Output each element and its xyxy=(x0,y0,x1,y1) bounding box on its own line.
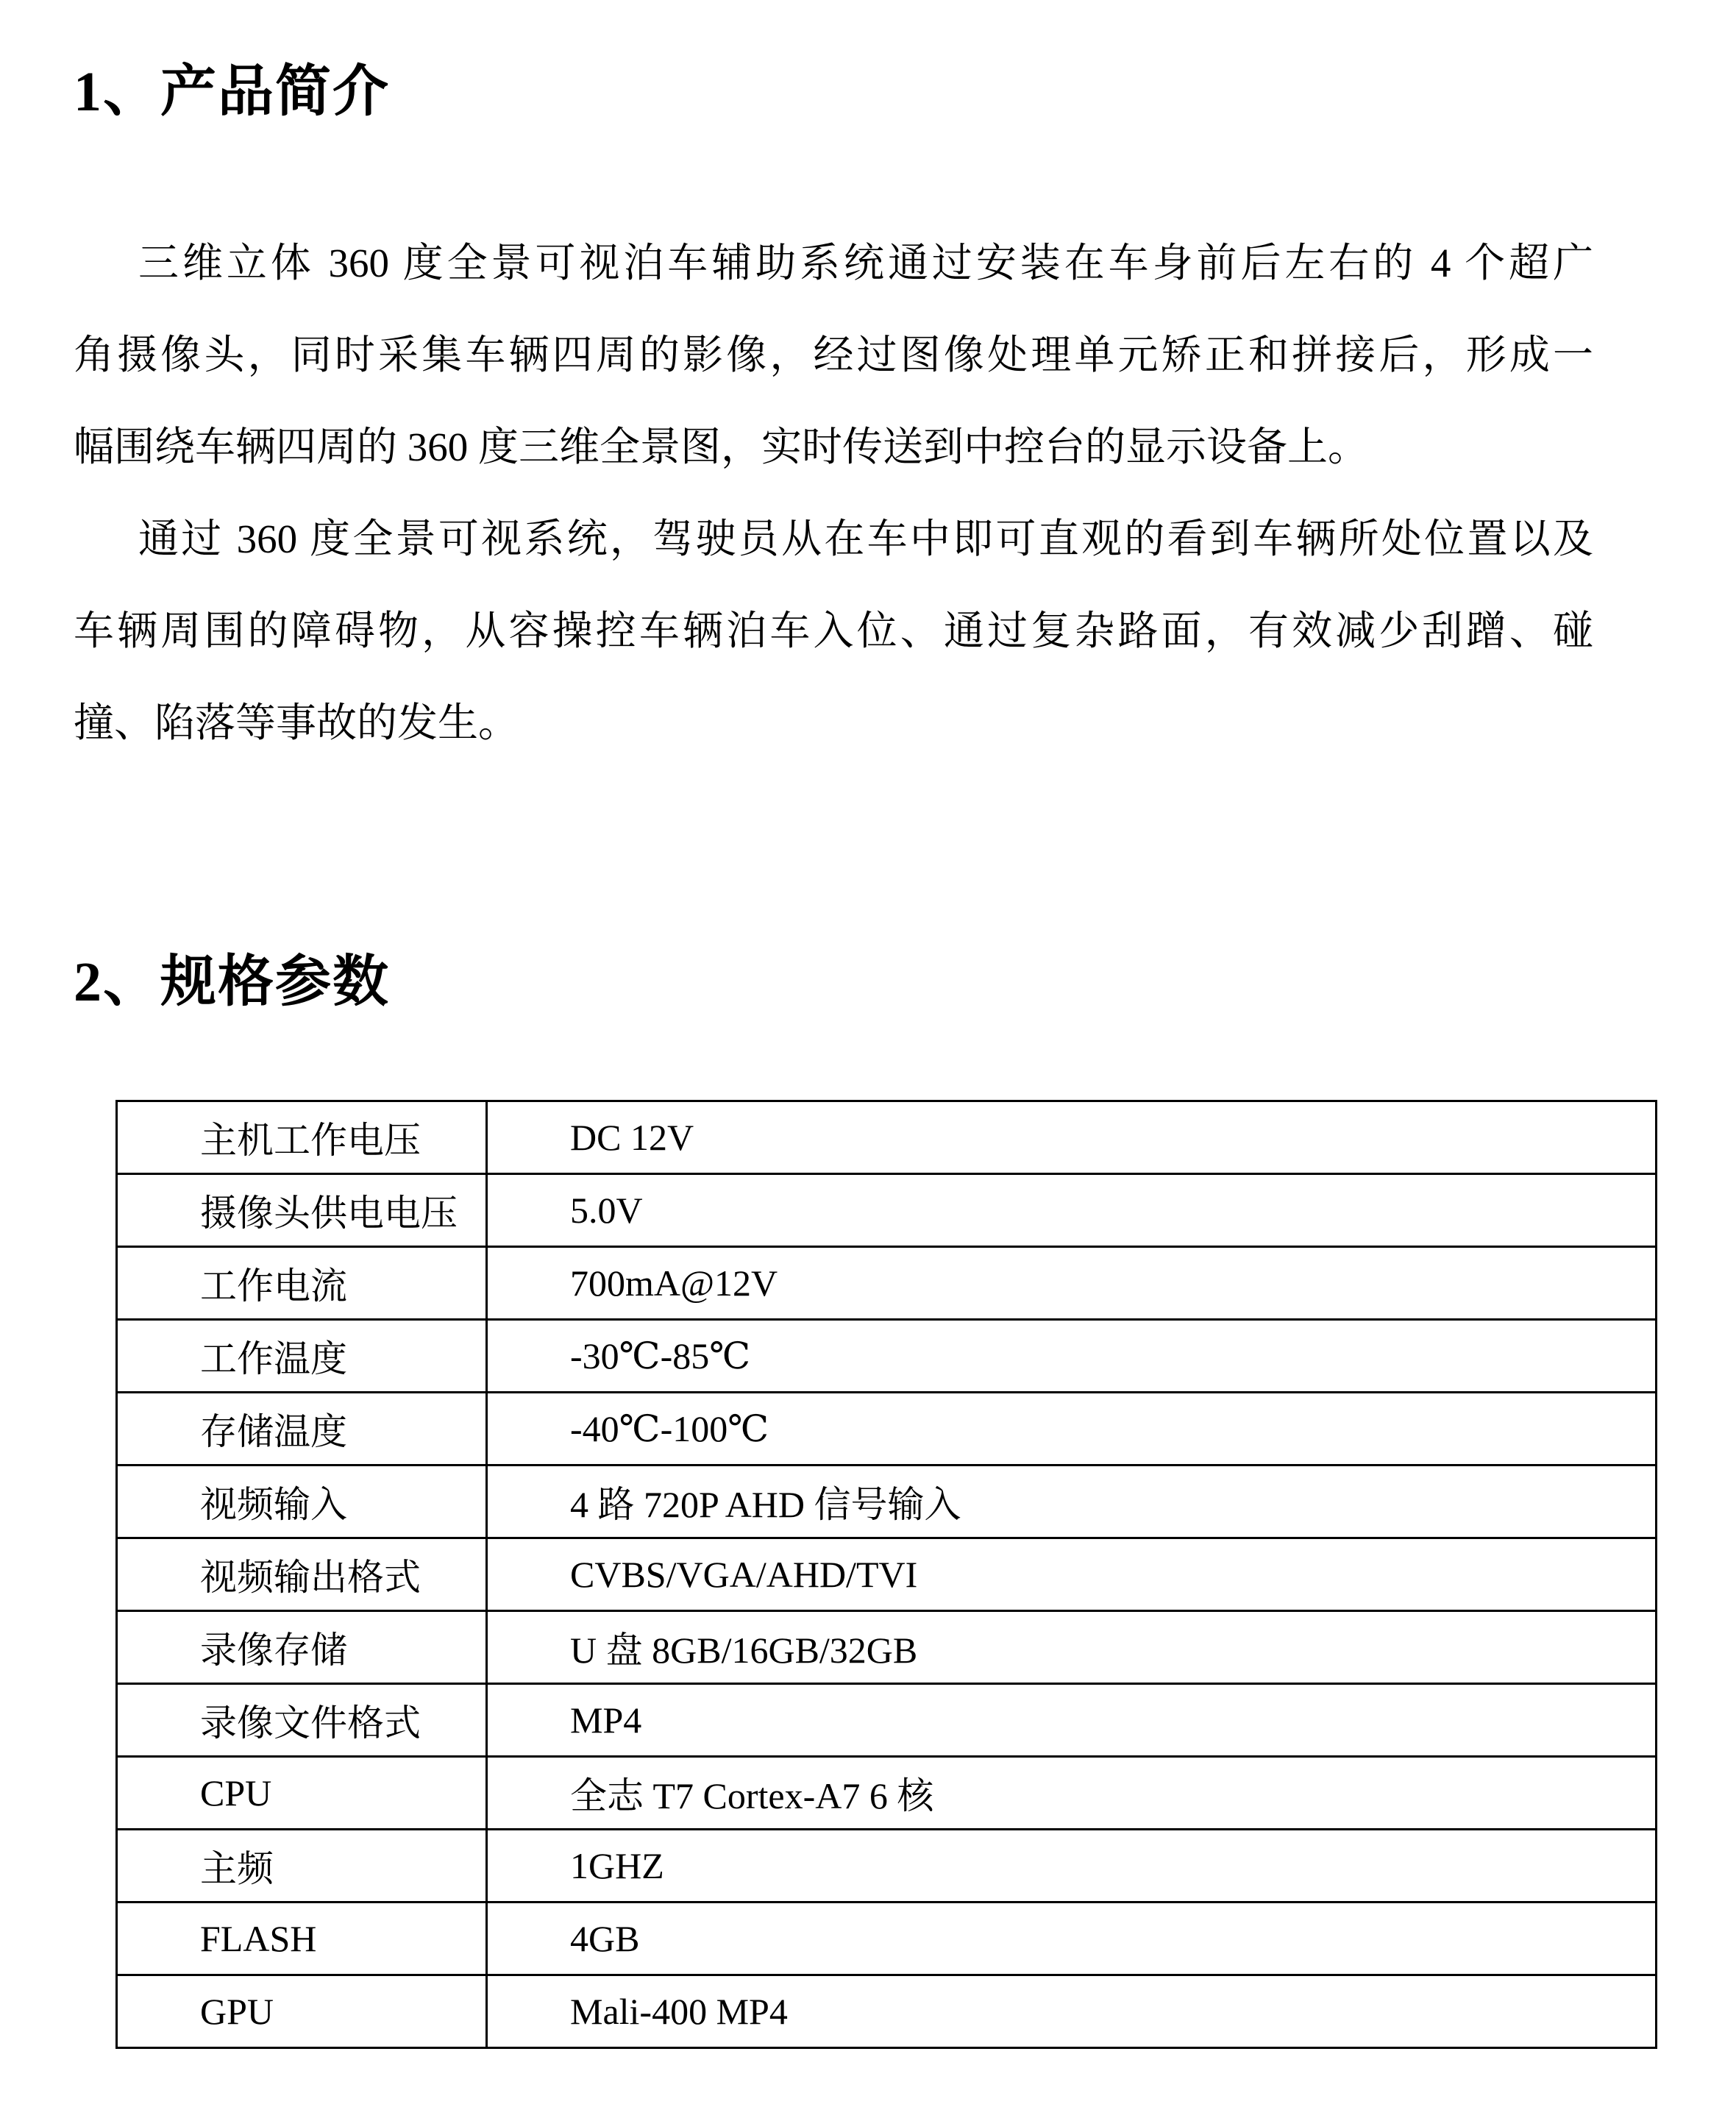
section-specs: 2、规格参数 主机工作电压 DC 12V 摄像头供电电压 5.0V 工作电流 7… xyxy=(74,948,1593,2049)
spec-label-cell: 录像存储 xyxy=(117,1611,487,1684)
spec-value-cell: Mali-400 MP4 xyxy=(487,1975,1657,2048)
spec-value-cell: U 盘 8GB/16GB/32GB xyxy=(487,1611,1657,1684)
spec-label-cell: GPU xyxy=(117,1975,487,2048)
table-row: 摄像头供电电压 5.0V xyxy=(117,1174,1657,1247)
spec-label-cell: CPU xyxy=(117,1757,487,1830)
paragraph-line: 角摄像头，同时采集车辆四周的影像，经过图像处理单元矫正和拼接后，形成一 xyxy=(74,309,1593,401)
spec-label-cell: 摄像头供电电压 xyxy=(117,1174,487,1247)
spec-value-cell: -40℃-100℃ xyxy=(487,1393,1657,1465)
paragraph-line: 撞、陷落等事故的发生。 xyxy=(74,677,1593,769)
spec-label-cell: 主机工作电压 xyxy=(117,1101,487,1174)
spec-value-cell: DC 12V xyxy=(487,1101,1657,1174)
spec-label-cell: 工作温度 xyxy=(117,1320,487,1393)
spec-label-cell: FLASH xyxy=(117,1902,487,1975)
paragraph-line: 三维立体 360 度全景可视泊车辅助系统通过安装在车身前后左右的 4 个超广 xyxy=(74,217,1593,309)
table-row: 工作温度 -30℃-85℃ xyxy=(117,1320,1657,1393)
spec-value-cell: -30℃-85℃ xyxy=(487,1320,1657,1393)
spec-value-cell: 1GHZ xyxy=(487,1830,1657,1902)
spec-label-cell: 主频 xyxy=(117,1830,487,1902)
section-product-intro: 1、产品简介 三维立体 360 度全景可视泊车辅助系统通过安装在车身前后左右的 … xyxy=(74,57,1593,769)
table-row: 主频 1GHZ xyxy=(117,1830,1657,1902)
table-row: FLASH 4GB xyxy=(117,1902,1657,1975)
spec-table: 主机工作电压 DC 12V 摄像头供电电压 5.0V 工作电流 700mA@12… xyxy=(115,1100,1657,2049)
spec-value-cell: MP4 xyxy=(487,1684,1657,1757)
table-row: CPU 全志 T7 Cortex-A7 6 核 xyxy=(117,1757,1657,1830)
spec-label-cell: 视频输出格式 xyxy=(117,1538,487,1611)
spec-value-cell: 700mA@12V xyxy=(487,1247,1657,1320)
spec-value-cell: 4 路 720P AHD 信号输入 xyxy=(487,1465,1657,1538)
spec-value-cell: CVBS/VGA/AHD/TVI xyxy=(487,1538,1657,1611)
paragraph-line: 幅围绕车辆四周的 360 度三维全景图，实时传送到中控台的显示设备上。 xyxy=(74,401,1593,493)
heading-product-intro: 1、产品简介 xyxy=(74,57,1593,127)
spec-label-cell: 工作电流 xyxy=(117,1247,487,1320)
heading-specs: 2、规格参数 xyxy=(74,948,1593,1017)
table-row: 录像文件格式 MP4 xyxy=(117,1684,1657,1757)
spec-value-cell: 全志 T7 Cortex-A7 6 核 xyxy=(487,1757,1657,1830)
spec-label-cell: 存储温度 xyxy=(117,1393,487,1465)
table-row: 视频输出格式 CVBS/VGA/AHD/TVI xyxy=(117,1538,1657,1611)
spec-label-cell: 录像文件格式 xyxy=(117,1684,487,1757)
intro-text: 三维立体 360 度全景可视泊车辅助系统通过安装在车身前后左右的 4 个超广 角… xyxy=(74,217,1593,769)
paragraph-line: 车辆周围的障碍物，从容操控车辆泊车入位、通过复杂路面，有效减少刮蹭、碰 xyxy=(74,585,1593,677)
table-row: 工作电流 700mA@12V xyxy=(117,1247,1657,1320)
spec-label-cell: 视频输入 xyxy=(117,1465,487,1538)
table-row: 视频输入 4 路 720P AHD 信号输入 xyxy=(117,1465,1657,1538)
table-row: GPU Mali-400 MP4 xyxy=(117,1975,1657,2048)
spec-value-cell: 5.0V xyxy=(487,1174,1657,1247)
document-page: 1、产品简介 三维立体 360 度全景可视泊车辅助系统通过安装在车身前后左右的 … xyxy=(0,0,1736,2121)
table-row: 主机工作电压 DC 12V xyxy=(117,1101,1657,1174)
paragraph-line: 通过 360 度全景可视系统，驾驶员从在车中即可直观的看到车辆所处位置以及 xyxy=(74,493,1593,585)
table-row: 存储温度 -40℃-100℃ xyxy=(117,1393,1657,1465)
spec-value-cell: 4GB xyxy=(487,1902,1657,1975)
table-row: 录像存储 U 盘 8GB/16GB/32GB xyxy=(117,1611,1657,1684)
